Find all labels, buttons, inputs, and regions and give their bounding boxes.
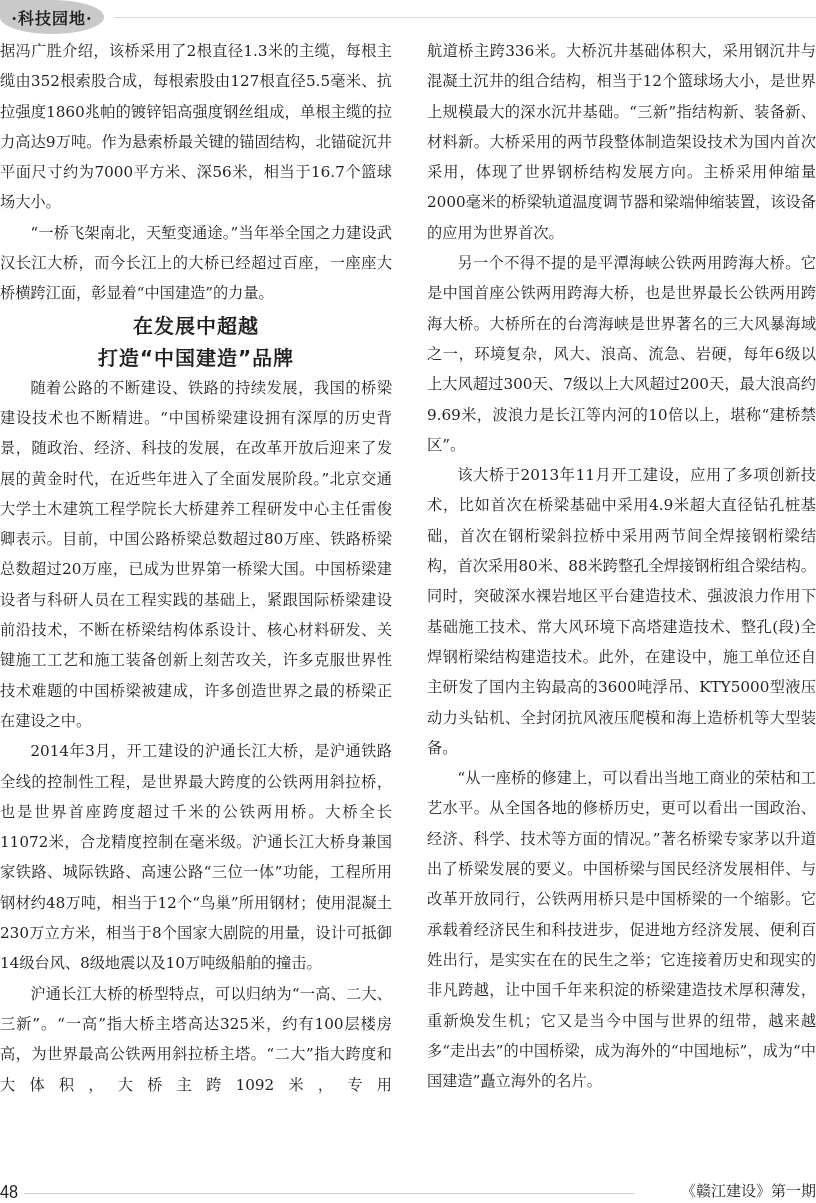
- paragraph: “从一座桥的修建上，可以看出当地工商业的荣枯和工艺水平。从全国各地的修桥历史，更…: [427, 763, 816, 1096]
- left-column: 据冯广胜介绍，该桥采用了2根直径1.3米的主缆，每根主缆由352根索股合成，每根…: [0, 36, 392, 1100]
- section-heading-line1: 在发展中超越: [0, 311, 392, 341]
- right-column: 航道桥主跨336米。大桥沉井基础体积大，采用钢沉井与混凝土沉井的组合结构，相当于…: [427, 36, 816, 1096]
- paragraph: 另一个不得不提的是平潭海峡公铁两用跨海大桥。它是中国首座公铁两用跨海大桥，也是世…: [427, 248, 816, 460]
- section-label: ·科技园地·: [11, 6, 92, 29]
- paragraph: “一桥飞架南北，天堑变通途。”当年举全国之力建设武汉长江大桥，而今长江上的大桥已…: [0, 218, 392, 309]
- header-divider: [114, 17, 816, 18]
- page-number: 48: [0, 1183, 18, 1201]
- section-heading-line2: 打造“中国建造”品牌: [0, 343, 392, 373]
- footer-divider: [24, 1193, 634, 1194]
- paragraph: 沪通长江大桥的桥型特点，可以归纳为“一高、二大、三新”。“一高”指大桥主塔高达3…: [0, 979, 392, 1100]
- paragraph: 该大桥于2013年11月开工建设，应用了多项创新技术，比如首次在桥梁基础中采用4…: [427, 460, 816, 763]
- paragraph: 据冯广胜介绍，该桥采用了2根直径1.3米的主缆，每根主缆由352根索股合成，每根…: [0, 36, 392, 218]
- journal-name: 《赣江建设》第一期: [681, 1181, 816, 1201]
- paragraph: 2014年3月，开工建设的沪通长江大桥，是沪通铁路全线的控制性工程，是世界最大跨…: [0, 736, 392, 978]
- paragraph: 航道桥主跨336米。大桥沉井基础体积大，采用钢沉井与混凝土沉井的组合结构，相当于…: [427, 36, 816, 248]
- section-label-badge: ·科技园地·: [0, 0, 104, 34]
- paragraph: 随着公路的不断建设、铁路的持续发展，我国的桥梁建设技术也不断精进。“中国桥梁建设…: [0, 373, 392, 737]
